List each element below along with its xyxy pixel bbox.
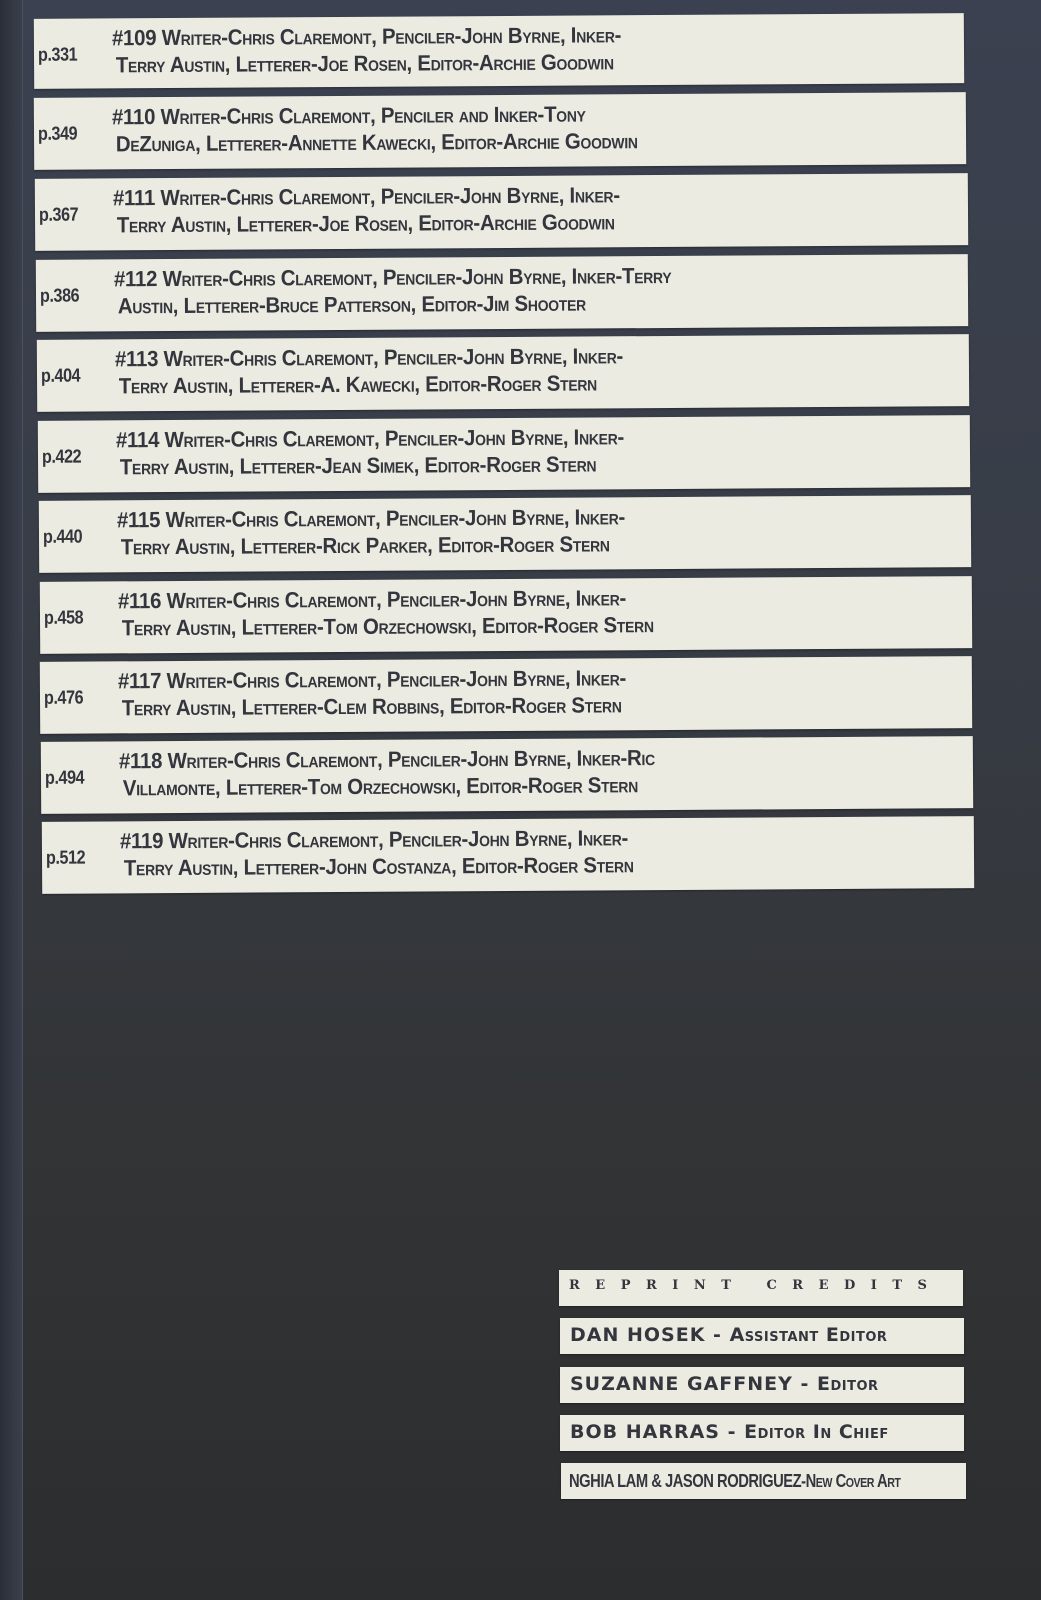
page-reference: p.331 xyxy=(38,45,77,67)
page-reference: p.476 xyxy=(44,688,83,710)
cover-artists: NGHIA LAM & JASON RODRIGUEZ xyxy=(569,1471,801,1491)
credit-text: #116 Writer-Chris Claremont, Penciler-Jo… xyxy=(118,582,966,641)
page-reference: p.349 xyxy=(38,124,77,146)
issue-credit-strip-111: p.367 #111 Writer-Chris Claremont, Penci… xyxy=(35,173,968,251)
issue-credit-strip-110: p.349 #110 Writer-Chris Claremont, Penci… xyxy=(34,92,966,170)
credit-text: #115 Writer-Chris Claremont, Penciler-Jo… xyxy=(117,501,965,560)
credit-line-2: Terry Austin, Letterer-Rick Parker, Edit… xyxy=(117,529,906,561)
issue-credit-strip-116: p.458 #116 Writer-Chris Claremont, Penci… xyxy=(40,576,972,654)
credit-text: #114 Writer-Chris Claremont, Penciler-Jo… xyxy=(116,421,964,480)
staff-credit-text: DAN HOSEK - Assistant Editor xyxy=(570,1324,887,1346)
credit-text: #119 Writer-Chris Claremont, Penciler-Jo… xyxy=(120,822,968,881)
credit-text: #111 Writer-Chris Claremont, Penciler-Jo… xyxy=(113,179,962,238)
staff-name: DAN HOSEK xyxy=(570,1324,705,1346)
page-reference: p.367 xyxy=(39,205,78,227)
credit-line-2: Terry Austin, Letterer-A. Kawecki, Edito… xyxy=(115,368,904,400)
issue-credit-strip-115: p.440 #115 Writer-Chris Claremont, Penci… xyxy=(39,495,971,573)
credit-line-2: Terry Austin, Letterer-Joe Rosen, Editor… xyxy=(113,207,903,239)
staff-credit-text: SUZANNE GAFFNEY - Editor xyxy=(570,1373,879,1395)
credit-line-2: Terry Austin, Letterer-John Costanza, Ed… xyxy=(120,850,909,882)
staff-role: Editor In Chief xyxy=(744,1421,889,1443)
issue-credit-strip-113: p.404 #113 Writer-Chris Claremont, Penci… xyxy=(37,334,969,412)
credit-text: #118 Writer-Chris Claremont, Penciler-Jo… xyxy=(119,742,967,801)
credit-text: #113 Writer-Chris Claremont, Penciler-Jo… xyxy=(115,340,963,399)
credit-text: #110 Writer-Chris Claremont, Penciler an… xyxy=(112,98,960,157)
credit-text: #112 Writer-Chris Claremont, Penciler-Jo… xyxy=(114,260,962,319)
credit-text: #109 Writer-Chris Claremont, Penciler-Jo… xyxy=(112,19,958,78)
staff-credit-editor: SUZANNE GAFFNEY - Editor xyxy=(560,1367,964,1403)
issue-credit-strip-114: p.422 #114 Writer-Chris Claremont, Penci… xyxy=(38,415,970,493)
credit-line-2: Terry Austin, Letterer-Tom Orzechowski, … xyxy=(118,610,907,642)
cover-art-role: New Cover Art xyxy=(806,1471,901,1491)
credit-line-2: DeZuniga, Letterer-Annette Kawecki, Edit… xyxy=(112,126,901,158)
credit-line-2: Terry Austin, Letterer-Joe Rosen, Editor… xyxy=(112,47,899,79)
page-reference: p.440 xyxy=(43,527,82,549)
credit-line-2: Terry Austin, Letterer-Clem Robbins, Edi… xyxy=(118,690,907,722)
staff-credit-assistant-editor: DAN HOSEK - Assistant Editor xyxy=(560,1318,964,1354)
staff-name: SUZANNE GAFFNEY xyxy=(570,1373,793,1395)
page-reference: p.386 xyxy=(40,286,79,308)
page-reference: p.404 xyxy=(41,366,80,388)
page-reference: p.422 xyxy=(42,447,81,469)
staff-role: Editor xyxy=(817,1373,879,1395)
staff-credit-text: BOB HARRAS - Editor In Chief xyxy=(570,1421,889,1443)
staff-name: BOB HARRAS xyxy=(570,1421,720,1443)
page-reference: p.494 xyxy=(45,768,84,790)
issue-credit-strip-119: p.512 #119 Writer-Chris Claremont, Penci… xyxy=(42,816,974,894)
book-spine-edge xyxy=(0,0,23,1600)
cover-art-credit-text: NGHIA LAM & JASON RODRIGUEZ-New Cover Ar… xyxy=(569,1471,900,1492)
staff-role: Assistant Editor xyxy=(730,1324,888,1346)
page-reference: p.458 xyxy=(44,608,83,630)
separator: - xyxy=(720,1421,744,1443)
issue-credit-strip-109: p.331 #109 Writer-Chris Claremont, Penci… xyxy=(34,13,964,89)
separator: - xyxy=(705,1324,729,1346)
credit-line-2: Terry Austin, Letterer-Jean Simek, Edito… xyxy=(116,449,905,481)
reprint-credits-header: Reprint Credits xyxy=(559,1270,963,1306)
credit-line-2: Austin, Letterer-Bruce Patterson, Editor… xyxy=(114,288,903,320)
issue-credit-strip-112: p.386 #112 Writer-Chris Claremont, Penci… xyxy=(36,254,968,332)
credit-line-2: Villamonte, Letterer-Tom Orzechowski, Ed… xyxy=(119,770,908,802)
issue-credit-strip-118: p.494 #118 Writer-Chris Claremont, Penci… xyxy=(41,736,973,814)
staff-credit-editor-in-chief: BOB HARRAS - Editor In Chief xyxy=(560,1415,964,1451)
reprint-credits-title: Reprint Credits xyxy=(569,1278,955,1293)
credit-text: #117 Writer-Chris Claremont, Penciler-Jo… xyxy=(118,662,966,721)
cover-art-credit: NGHIA LAM & JASON RODRIGUEZ-New Cover Ar… xyxy=(561,1463,966,1499)
page-reference: p.512 xyxy=(46,848,85,870)
issue-credit-strip-117: p.476 #117 Writer-Chris Claremont, Penci… xyxy=(40,656,972,734)
separator: - xyxy=(793,1373,817,1395)
